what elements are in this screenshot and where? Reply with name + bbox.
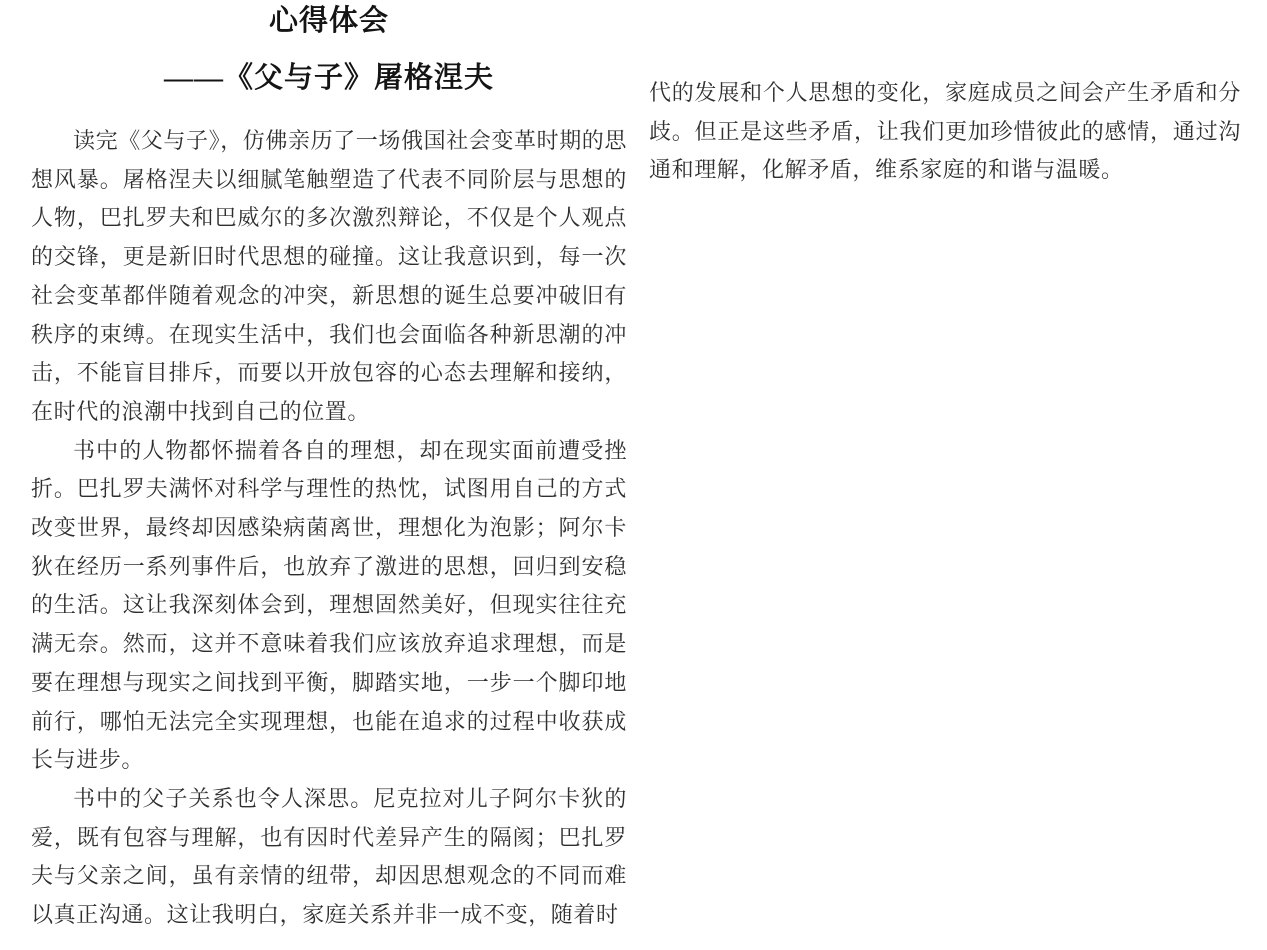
column-right: 代的发展和个人思想的变化，家庭成员之间会产生矛盾和分歧。但正是这些矛盾，让我们更… (649, 74, 1241, 190)
document-subtitle: ——《父与子》屠格涅夫 (31, 61, 627, 95)
document-page: 心得体会 ——《父与子》屠格涅夫 读完《父与子》，仿佛亲历了一场俄国社会变革时期… (0, 0, 1267, 950)
paragraph-3-continuation: 代的发展和个人思想的变化，家庭成员之间会产生矛盾和分歧。但正是这些矛盾，让我们更… (649, 74, 1241, 190)
paragraph-2: 书中的人物都怀揣着各自的理想，却在现实面前遭受挫折。巴扎罗夫满怀对科学与理性的热… (31, 432, 627, 780)
column-left: 心得体会 ——《父与子》屠格涅夫 读完《父与子》，仿佛亲历了一场俄国社会变革时期… (31, 0, 627, 935)
paragraph-1: 读完《父与子》，仿佛亲历了一场俄国社会变革时期的思想风暴。屠格涅夫以细腻笔触塑造… (31, 122, 627, 432)
document-title: 心得体会 (31, 0, 627, 37)
paragraph-3: 书中的父子关系也令人深思。尼克拉对儿子阿尔卡狄的爱，既有包容与理解，也有因时代差… (31, 780, 627, 935)
